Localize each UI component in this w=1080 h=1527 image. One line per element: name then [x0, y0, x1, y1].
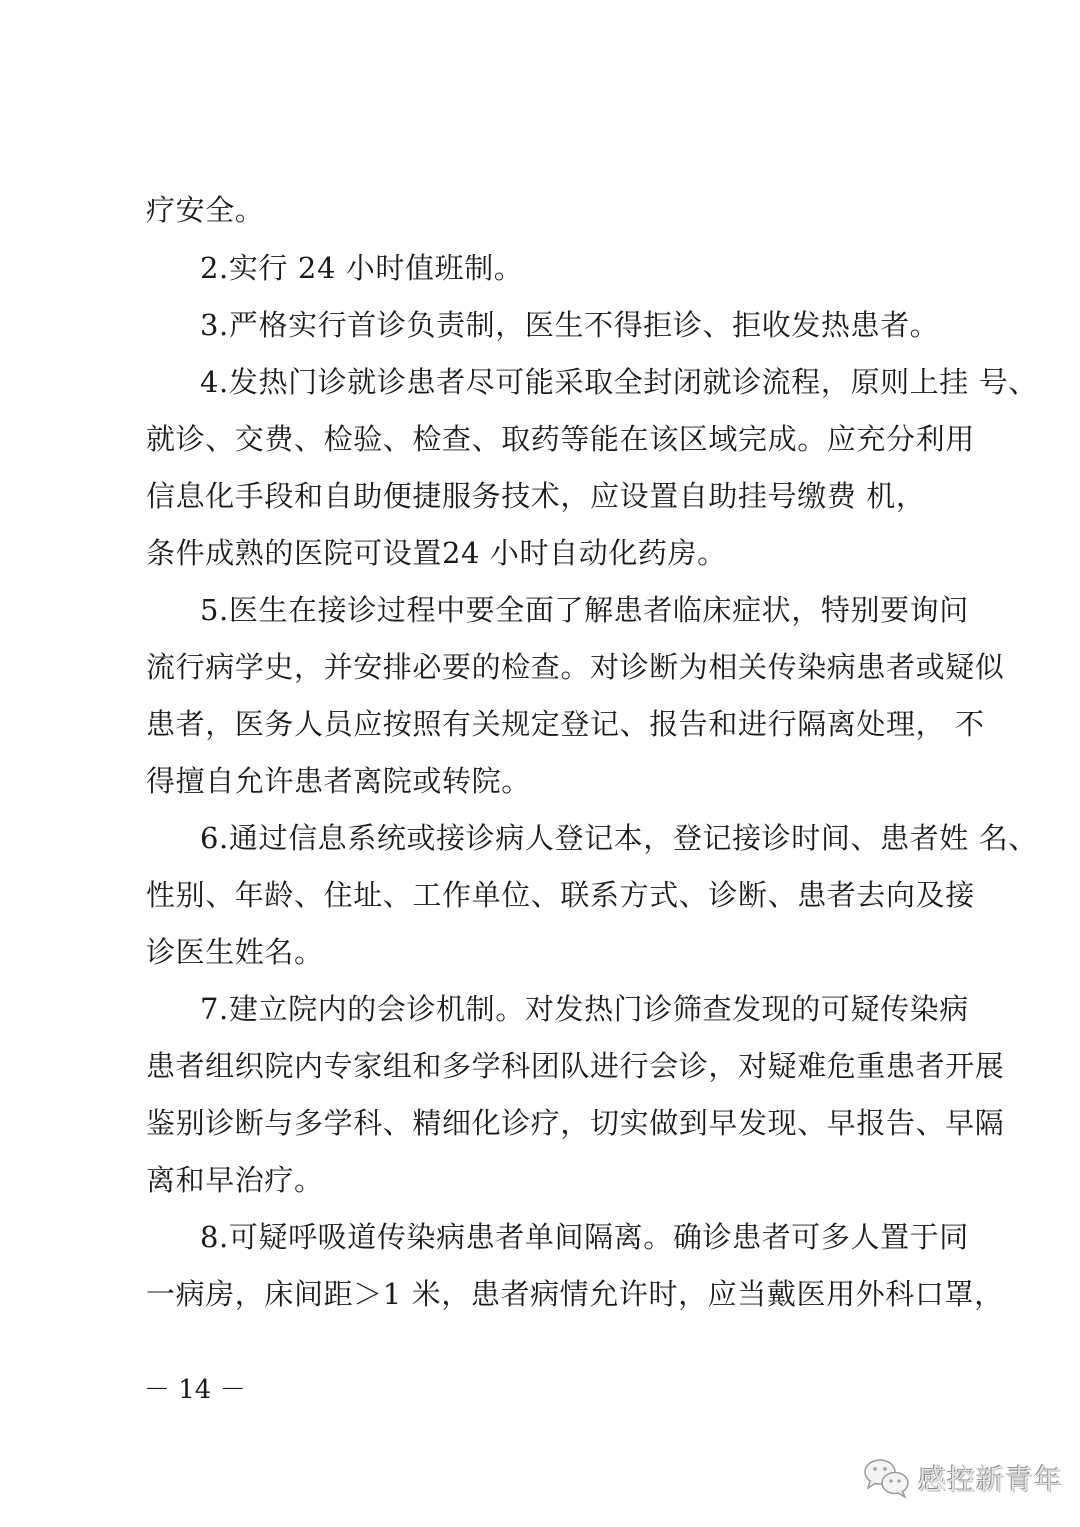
text-line: 就诊、交费、检验、检查、取药等能在该区域完成。应充分利用 [146, 419, 975, 459]
wechat-icon [862, 1456, 912, 1500]
text-line: 一病房，床间距＞1 米，患者病情允许时，应当戴医用外科口罩， [146, 1274, 1004, 1314]
text-line: 3.严格实行首诊负责制，医生不得拒诊、拒收发热患者。 [200, 305, 939, 345]
text-line: 离和早治疗。 [146, 1160, 324, 1200]
text-line: 流行病学史，并安排必要的检查。对诊断为相关传染病患者或疑似 [146, 647, 1004, 687]
text-line: 得擅自允许患者离院或转院。 [146, 761, 531, 801]
watermark: 感控新青年 [862, 1456, 1063, 1500]
text-line: 6.通过信息系统或接诊病人登记本，登记接诊时间、患者姓 名、 [200, 818, 1038, 858]
text-line: 患者组织院内专家组和多学科团队进行会诊，对疑难危重患者开展 [146, 1046, 1004, 1086]
text-line: 患者，医务人员应按照有关规定登记、报告和进行隔离处理， 不 [146, 704, 985, 744]
page-number: － 14 － [144, 1372, 246, 1408]
text-line: 8.可疑呼吸道传染病患者单间隔离。确诊患者可多人置于同 [200, 1217, 969, 1257]
document-page: 疗安全。 2.实行 24 小时值班制。 3.严格实行首诊负责制，医生不得拒诊、拒… [0, 0, 1080, 1527]
text-line: 信息化手段和自助便捷服务技术，应设置自助挂号缴费 机， [146, 476, 925, 516]
watermark-text: 感控新青年 [918, 1458, 1063, 1498]
text-line: 鉴别诊断与多学科、精细化诊疗，切实做到早发现、早报告、早隔 [146, 1103, 1004, 1143]
text-line: 诊医生姓名。 [146, 932, 324, 972]
text-line: 7.建立院内的会诊机制。对发热门诊筛查发现的可疑传染病 [200, 989, 969, 1029]
text-line: 5.医生在接诊过程中要全面了解患者临床症状，特别要询问 [200, 590, 969, 630]
text-line: 4.发热门诊就诊患者尽可能采取全封闭就诊流程，原则上挂 号、 [200, 362, 1038, 402]
text-line: 条件成熟的医院可设置24 小时自动化药房。 [146, 533, 727, 573]
text-line: 性别、年龄、住址、工作单位、联系方式、诊断、患者去向及接 [146, 875, 975, 915]
text-line: 疗安全。 [146, 190, 264, 230]
text-line: 2.实行 24 小时值班制。 [200, 248, 523, 288]
